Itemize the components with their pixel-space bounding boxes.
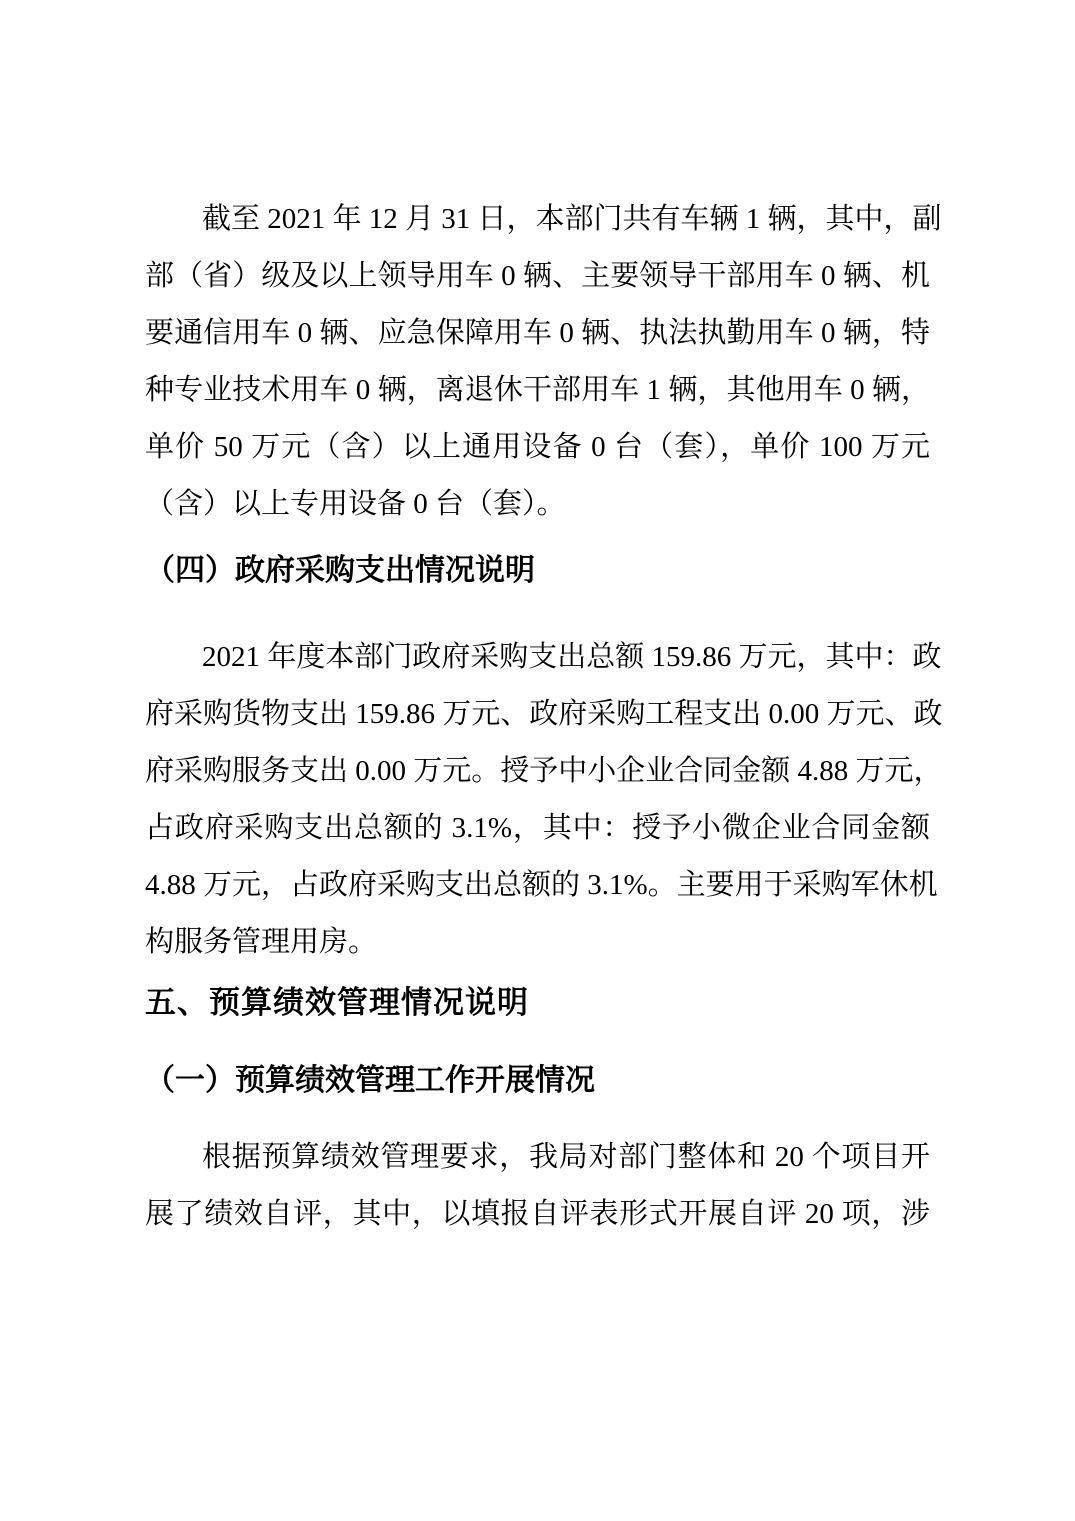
text-line: 构服务管理用房。 [145, 914, 930, 971]
text-line: 单价 50 万元（含）以上通用设备 0 台（套），单价 100 万元 [145, 419, 930, 476]
document-content: 截至 2021 年 12 月 31 日，本部门共有车辆 1 辆，其中，副 部（省… [145, 191, 930, 1243]
text-line: 根据预算绩效管理要求，我局对部门整体和 20 个项目开 [145, 1129, 930, 1186]
text-line: 占政府采购支出总额的 3.1%，其中：授予小微企业合同金额 [145, 800, 930, 857]
paragraph-vehicle-assets: 截至 2021 年 12 月 31 日，本部门共有车辆 1 辆，其中，副 部（省… [145, 191, 930, 533]
subsection-heading-gov-procurement: （四）政府采购支出情况说明 [145, 542, 930, 599]
text-line: 府采购货物支出 159.86 万元、政府采购工程支出 0.00 万元、政 [145, 686, 930, 743]
paragraph-procurement-expenditure: 2021 年度本部门政府采购支出总额 159.86 万元，其中：政 府采购货物支… [145, 629, 930, 971]
text-line: 展了绩效自评，其中，以填报自评表形式开展自评 20 项，涉 [145, 1186, 930, 1243]
text-line: 截至 2021 年 12 月 31 日，本部门共有车辆 1 辆，其中，副 [145, 191, 930, 248]
text-line: 要通信用车 0 辆、应急保障用车 0 辆、执法执勤用车 0 辆，特 [145, 305, 930, 362]
paragraph-performance-self-eval: 根据预算绩效管理要求，我局对部门整体和 20 个项目开 展了绩效自评，其中，以填… [145, 1129, 930, 1243]
text-line: 种专业技术用车 0 辆，离退休干部用车 1 辆，其他用车 0 辆， [145, 362, 930, 419]
text-line: 4.88 万元，占政府采购支出总额的 3.1%。主要用于采购军休机 [145, 857, 930, 914]
text-line: 部（省）级及以上领导用车 0 辆、主要领导干部用车 0 辆、机 [145, 248, 930, 305]
text-line: （含）以上专用设备 0 台（套）。 [145, 476, 930, 533]
text-line: 府采购服务支出 0.00 万元。授予中小企业合同金额 4.88 万元， [145, 743, 930, 800]
document-page: 截至 2021 年 12 月 31 日，本部门共有车辆 1 辆，其中，副 部（省… [0, 0, 1075, 1521]
subsection-heading-performance-work: （一）预算绩效管理工作开展情况 [145, 1052, 930, 1109]
text-line: 2021 年度本部门政府采购支出总额 159.86 万元，其中：政 [145, 629, 930, 686]
section-heading-budget-performance: 五、预算绩效管理情况说明 [145, 974, 930, 1031]
